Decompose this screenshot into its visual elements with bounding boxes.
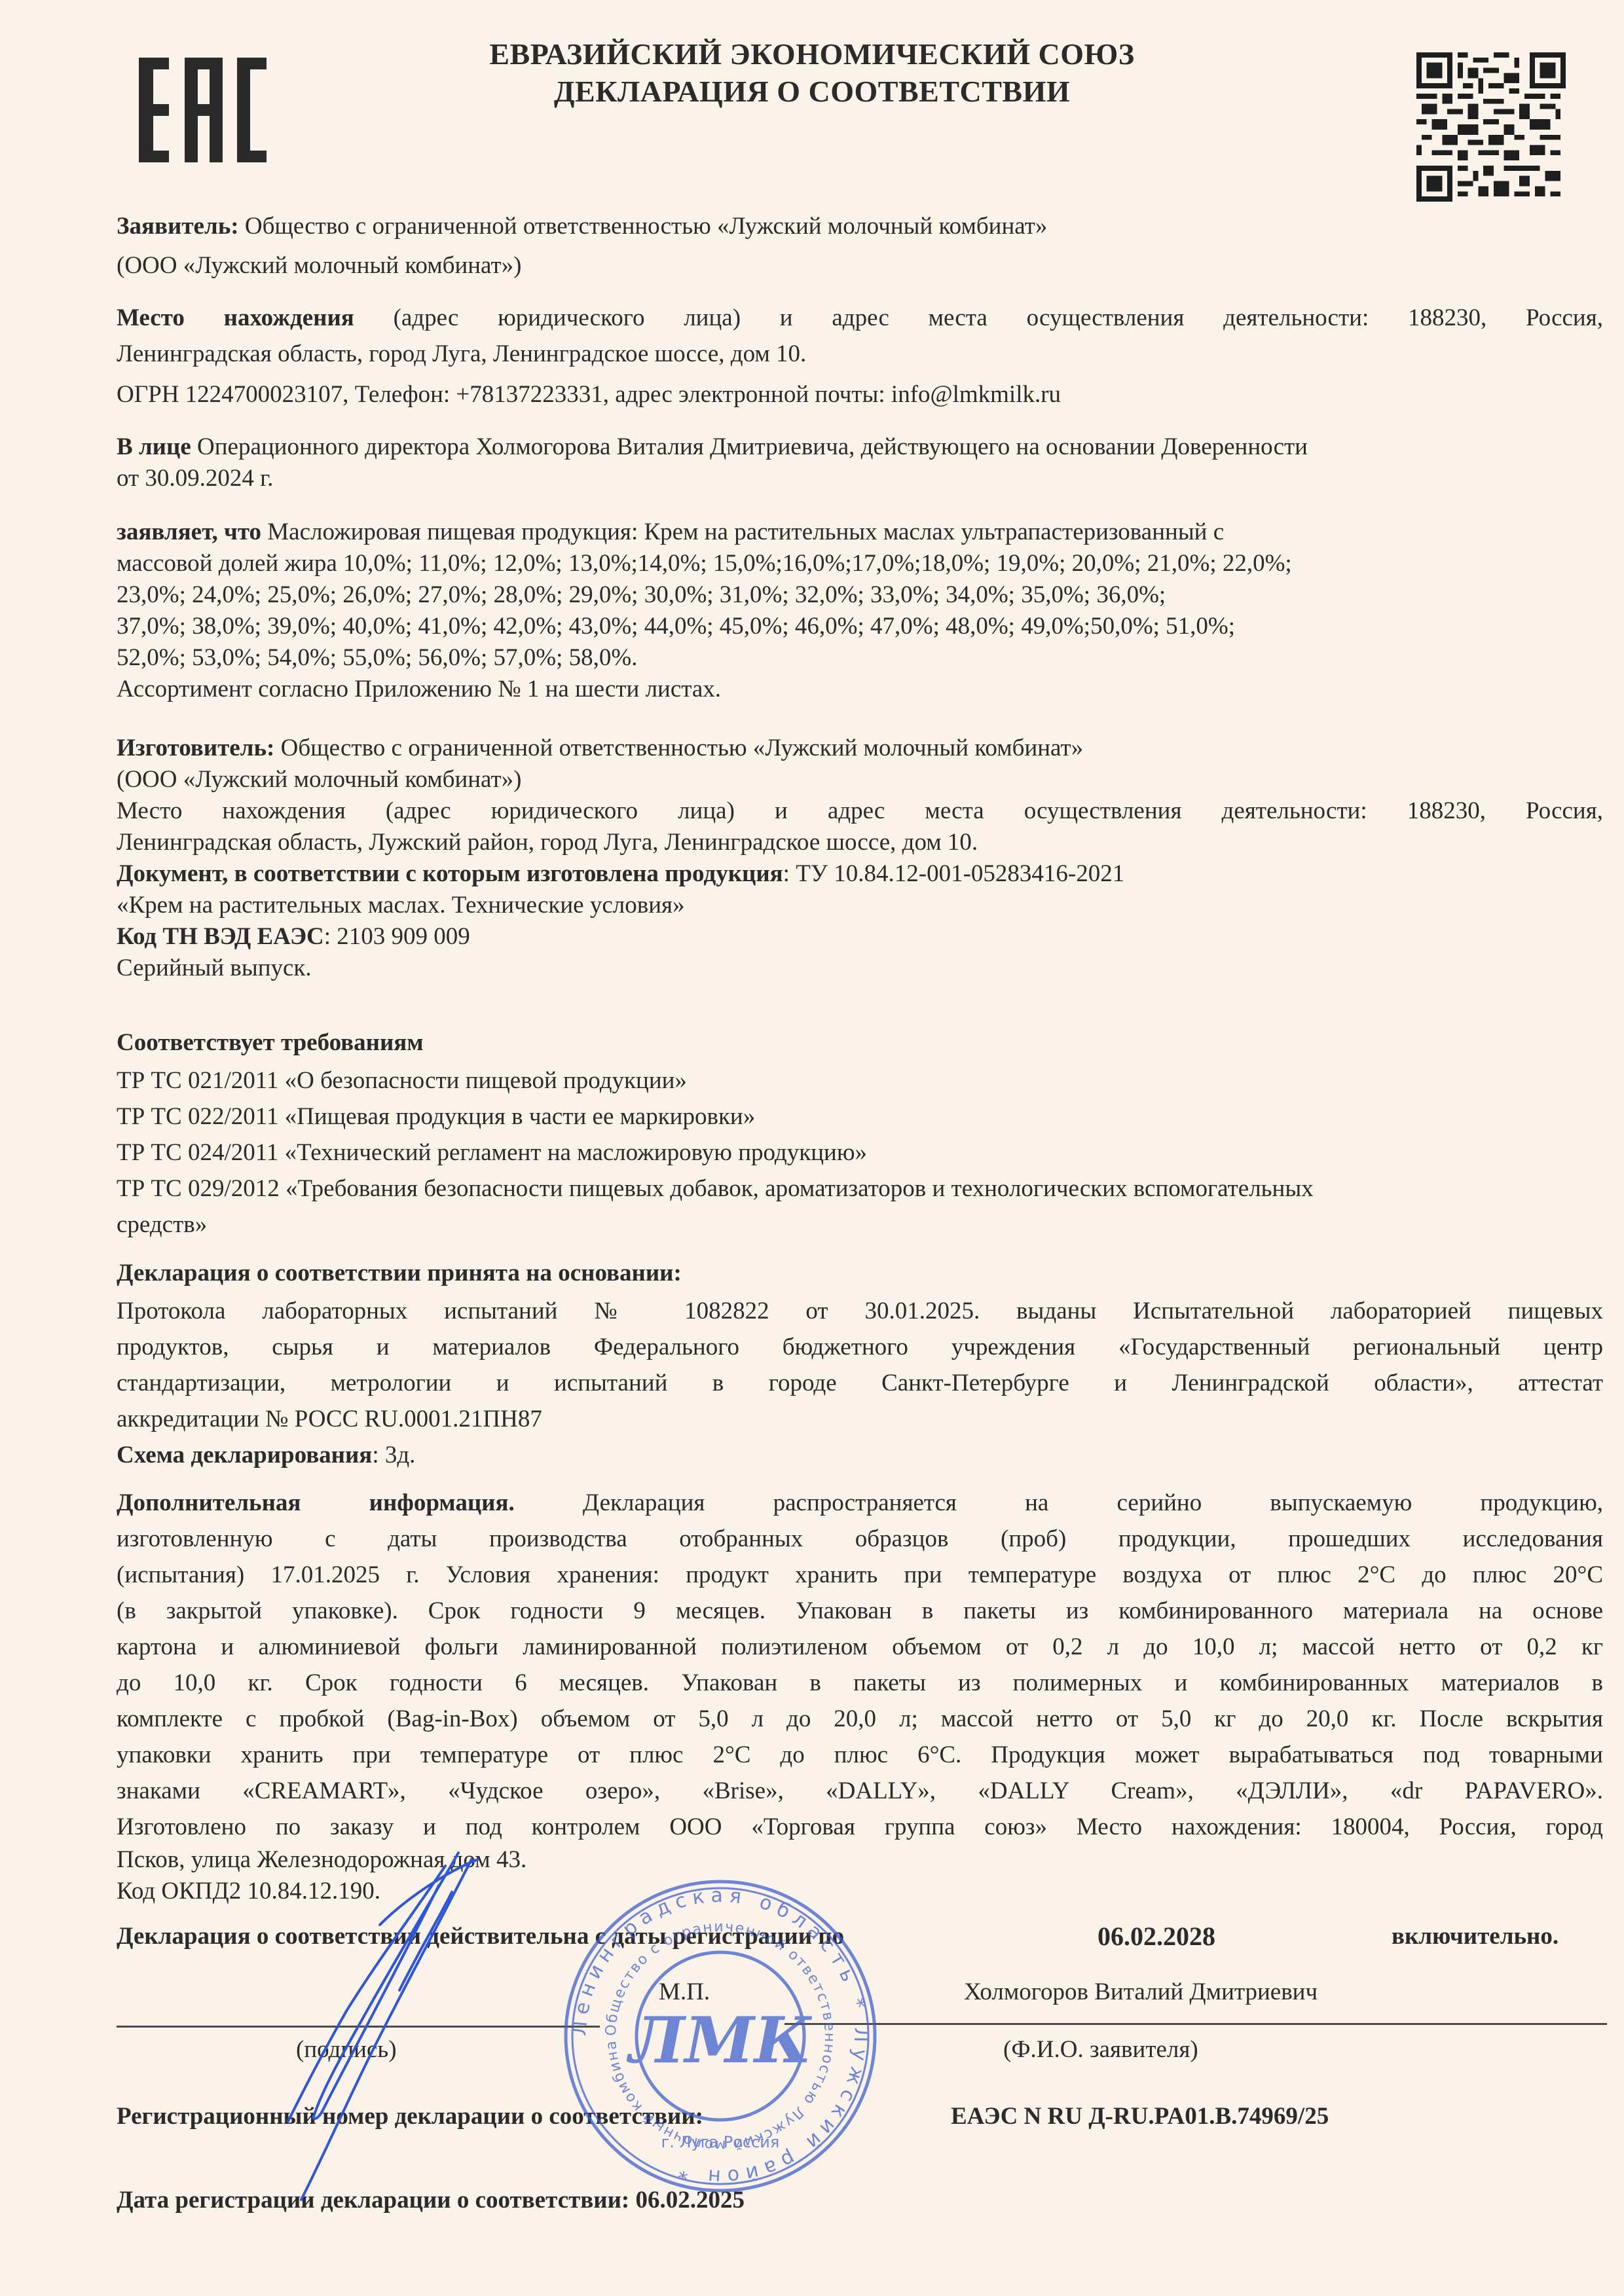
represented-line2: от 30.09.2024 г. — [117, 464, 273, 494]
tech-doc-line: Документ, в соответствии с которым изгот… — [117, 859, 1124, 889]
basis-line: продуктов, сырья и материалов Федерально… — [117, 1332, 1603, 1362]
applicant-line: Заявитель: Общество с ограниченной ответ… — [117, 211, 1047, 242]
additional-line1: Дополнительная информация. Декларация ра… — [117, 1488, 1603, 1518]
hs-code-value: : 2103 909 009 — [324, 923, 470, 950]
tech-doc-name: «Крем на растительных маслах. Технически… — [117, 890, 685, 920]
applicant-label: Заявитель: — [117, 213, 239, 240]
fat-content-line: 23,0%; 24,0%; 25,0%; 26,0%; 27,0%; 28,0%… — [117, 580, 1166, 610]
applicant-name: Общество с ограниченной ответственностью… — [245, 213, 1048, 240]
manufacturer-label: Изготовитель: — [117, 735, 274, 761]
fat-content-line: 37,0%; 38,0%; 39,0%; 40,0%; 41,0%; 42,0%… — [117, 611, 1235, 642]
additional-line: Изготовлено по заказу и под контролем ОО… — [117, 1812, 1603, 1842]
tech-doc-value: : ТУ 10.84.12-001-05283416-2021 — [783, 860, 1125, 887]
validity-date: 06.02.2028 — [1098, 1922, 1215, 1952]
accreditation-line: аккредитации № РОСС RU.0001.21ПН87 — [117, 1404, 542, 1434]
trademarks-line: знаками «CREAMART», «Чудское озеро», «Br… — [117, 1776, 1603, 1806]
represented-label: В лице — [117, 433, 191, 460]
hs-code-line: Код ТН ВЭД ЕАЭС: 2103 909 009 — [117, 922, 470, 952]
svg-text:ЛМК: ЛМК — [626, 2003, 813, 2077]
requirement-item-continued: средств» — [117, 1210, 207, 1240]
hs-code-label: Код ТН ВЭД ЕАЭС — [117, 923, 324, 950]
requirements-title: Соответствует требованиям — [117, 1028, 424, 1058]
manufacturer-location-line1: Место нахождения (адрес юридического лиц… — [117, 796, 1603, 826]
represented-line1: В лице Операционного директора Холмогоро… — [117, 432, 1308, 462]
additional-line: (в закрытой упаковке). Срок годности 9 м… — [117, 1596, 1603, 1626]
handwritten-signature-icon — [249, 1846, 550, 2213]
requirement-item: ТР ТС 021/2011 «О безопасности пищевой п… — [117, 1066, 687, 1096]
qr-code-icon — [1415, 52, 1567, 202]
applicant-location-line1: Место нахождения (адрес юридического лиц… — [117, 303, 1603, 333]
manufacturer-location-line2: Ленинградская область, Лужский район, го… — [117, 828, 978, 858]
scheme-label: Схема декларирования — [117, 1442, 372, 1468]
requirement-item: ТР ТС 022/2011 «Пищевая продукция в част… — [117, 1102, 755, 1132]
additional-line: до 10,0 кг. Срок годности 6 месяцев. Упа… — [117, 1668, 1603, 1698]
additional-line: картона и алюминиевой фольги ламинирован… — [117, 1632, 1603, 1662]
fat-content-line: массовой долей жира 10,0%; 11,0%; 12,0%;… — [117, 549, 1292, 579]
document-title: ДЕКЛАРАЦИЯ О СООТВЕТСТВИИ — [367, 73, 1257, 110]
tech-doc-label: Документ, в соответствии с которым изгот… — [117, 860, 783, 887]
additional-line: изготовленную с даты производства отобра… — [117, 1524, 1603, 1554]
location-label: Место нахождения — [117, 304, 354, 331]
requirement-item: ТР ТС 029/2012 «Требования безопасности … — [117, 1174, 1314, 1204]
applicant-short-name: (ООО «Лужский молочный комбинат») — [117, 251, 522, 281]
scheme-value: : 3д. — [372, 1442, 415, 1468]
declares-label: заявляет, что — [117, 519, 261, 545]
applicant-contacts: ОГРН 1224700023107, Телефон: +7813722333… — [117, 380, 1061, 410]
requirement-item: ТР ТС 024/2011 «Технический регламент на… — [117, 1138, 867, 1168]
manufacturer-short-name: (ООО «Лужский молочный комбинат») — [117, 765, 522, 795]
basis-line: Протокола лабораторных испытаний № 10828… — [117, 1296, 1603, 1326]
additional-line: комплекте с пробкой (Bag-in-Box) объемом… — [117, 1704, 1603, 1734]
signer-name: Холмогоров Виталий Дмитриевич — [964, 1977, 1318, 2007]
validity-suffix: включительно. — [1392, 1922, 1559, 1952]
declares-line1: заявляет, что Масложировая пищевая проду… — [117, 517, 1224, 547]
assortment-note: Ассортимент согласно Приложению № 1 на ш… — [117, 674, 721, 704]
additional-info-label: Дополнительная информация. — [117, 1489, 515, 1516]
registration-number: ЕАЭС N RU Д-RU.PA01.B.74969/25 — [951, 2102, 1329, 2132]
fat-content-line: 52,0%; 53,0%; 54,0%; 55,0%; 56,0%; 57,0%… — [117, 643, 637, 673]
serial-release: Серийный выпуск. — [117, 953, 312, 983]
additional-line: упаковки хранить при температуре от плюс… — [117, 1740, 1603, 1770]
applicant-location-line2: Ленинградская область, город Луга, Ленин… — [117, 339, 806, 369]
union-title: ЕВРАЗИЙСКИЙ ЭКОНОМИЧЕСКИЙ СОЮЗ — [367, 36, 1257, 73]
name-line — [784, 2023, 1607, 2025]
eac-logo-icon — [139, 58, 267, 162]
company-stamp-icon: Ленинградская область * Лужский район * … — [557, 1872, 884, 2200]
basis-title: Декларация о соответствии принята на осн… — [117, 1258, 682, 1288]
svg-text:г. Луга Россия: г. Луга Россия — [661, 2133, 780, 2151]
name-caption: (Ф.И.О. заявителя) — [1003, 2035, 1198, 2065]
additional-line: (испытания) 17.01.2025 г. Условия хранен… — [117, 1560, 1603, 1590]
scheme-line: Схема декларирования: 3д. — [117, 1440, 415, 1470]
basis-line: стандартизации, метрологии и испытаний в… — [117, 1368, 1603, 1398]
manufacturer-line: Изготовитель: Общество с ограниченной от… — [117, 733, 1083, 763]
